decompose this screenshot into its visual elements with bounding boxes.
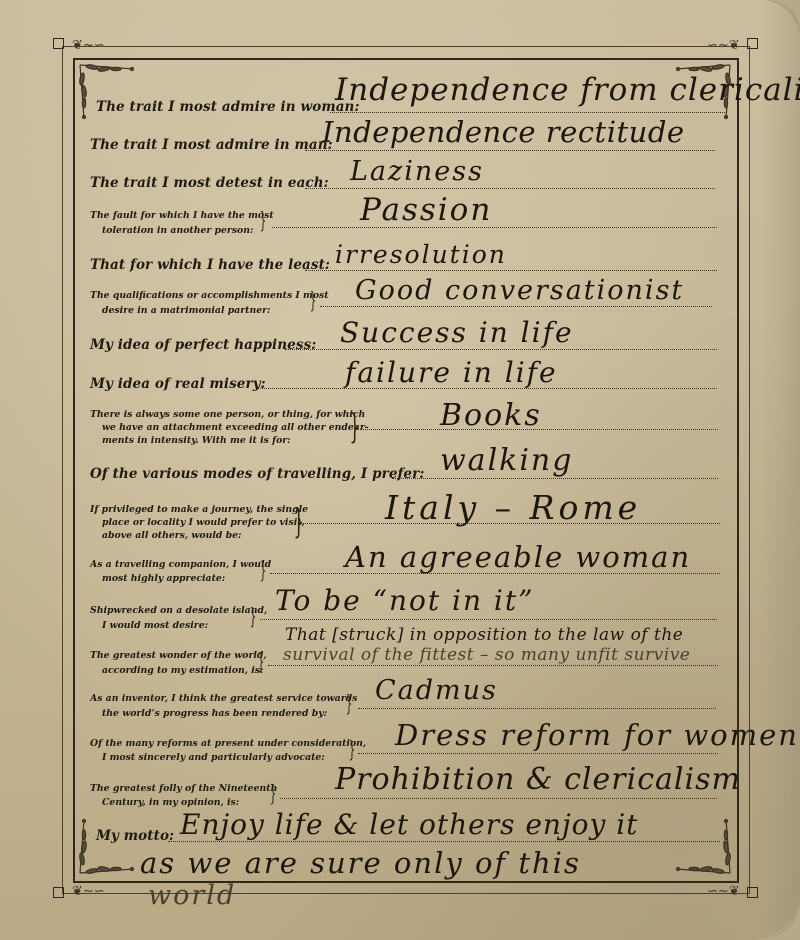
brace-icon: } xyxy=(346,694,353,716)
handwritten-answer: failure in life xyxy=(345,356,558,389)
prompt: The trait I most admire in man: xyxy=(90,137,333,153)
brace-icon: } xyxy=(258,652,265,674)
answer-line xyxy=(305,270,717,271)
leaf-sprig-icon xyxy=(674,817,734,877)
prompt: Of the various modes of travelling, I pr… xyxy=(90,466,424,482)
answer-line xyxy=(358,708,716,709)
scroll-flourish-icon: ❦~∽ xyxy=(72,885,105,898)
handwritten-answer: An agreeable woman xyxy=(345,540,691,574)
brace-icon: } xyxy=(349,410,360,444)
prompt-line: ments in intensity. With me it is for: xyxy=(102,434,291,449)
answer-line xyxy=(330,112,725,113)
scroll-flourish-icon: ∽~❦ xyxy=(707,885,740,898)
brace-icon: } xyxy=(260,561,267,583)
answer-line xyxy=(272,227,717,228)
brace-icon: } xyxy=(260,211,267,233)
brace-icon: } xyxy=(250,607,257,629)
handwritten-answer-line: as we are sure only of this xyxy=(140,846,581,880)
handwritten-answer: To be “not in it” xyxy=(275,584,534,617)
handwritten-answer: Good conversationist xyxy=(355,275,684,306)
prompt-line: The greatest folly of the Nineteenth xyxy=(90,782,277,797)
prompt-line: The greatest wonder of the world, xyxy=(90,649,267,664)
answer-line xyxy=(260,619,717,620)
handwritten-answer: Cadmus xyxy=(375,675,498,706)
handwritten-answer: Books xyxy=(440,398,542,433)
prompt-line: The fault for which I have the most xyxy=(90,209,274,224)
prompt-line: most highly appreciate: xyxy=(102,572,225,587)
prompt: My idea of perfect happiness: xyxy=(90,337,316,353)
answer-line xyxy=(358,753,718,754)
answer-line xyxy=(268,665,718,666)
handwritten-answer: Prohibition & clericalism xyxy=(335,762,741,797)
answer-line xyxy=(285,349,717,350)
handwritten-answer: Laziness xyxy=(350,156,484,187)
handwritten-answer: walking xyxy=(440,443,573,478)
corner-ornament-top-right xyxy=(747,38,758,49)
answer-line xyxy=(305,188,715,189)
brace-icon: } xyxy=(270,784,277,806)
answer-line xyxy=(168,841,720,842)
scroll-flourish-icon: ∽~❦ xyxy=(707,39,740,52)
corner-ornament-bottom-right xyxy=(747,887,758,898)
handwritten-answer: Passion xyxy=(360,192,492,228)
prompt-line: the world’s progress has been rendered b… xyxy=(102,707,327,722)
prompt: My idea of real misery: xyxy=(90,376,266,392)
prompt-line: I would most desire: xyxy=(102,619,208,634)
handwritten-answer: Dress reform for women xyxy=(395,718,799,752)
handwritten-answer: Independence rectitude xyxy=(322,115,685,149)
prompt-line: above all others, would be: xyxy=(102,529,241,544)
handwritten-answer: Independence from clericalisme xyxy=(335,72,800,108)
prompt-line: As a travelling companion, I would xyxy=(90,558,271,573)
handwritten-answer: Success in life xyxy=(340,316,574,349)
brace-icon: } xyxy=(349,740,356,762)
scroll-flourish-icon: ❦~∽ xyxy=(72,39,105,52)
answer-line xyxy=(280,798,717,799)
answer-line xyxy=(392,478,718,479)
handwritten-answer: irresolution xyxy=(335,240,507,269)
corner-ornament-bottom-left xyxy=(53,887,64,898)
prompt: The trait I most detest in each: xyxy=(90,175,329,191)
prompt-line: As an inventor, I think the greatest ser… xyxy=(90,692,357,707)
prompt: That for which I have the least: xyxy=(90,257,330,273)
answer-line xyxy=(305,150,715,151)
prompt-line: Of the many reforms at present under con… xyxy=(90,737,366,752)
brace-icon: } xyxy=(293,505,304,539)
prompt-line: toleration in another person: xyxy=(102,224,253,239)
handwritten-answer-line: world xyxy=(148,880,236,911)
prompt: The trait I most admire in woman: xyxy=(96,99,360,115)
handwritten-answer: Italy – Rome xyxy=(385,488,641,527)
prompt-line: according to my estimation, is: xyxy=(102,664,263,679)
prompt-line: desire in a matrimonial partner: xyxy=(102,304,270,319)
leaf-sprig-icon xyxy=(76,817,136,877)
prompt-line: The qualifications or accomplishments I … xyxy=(90,289,329,304)
handwritten-answer-line: Enjoy life & let others enjoy it xyxy=(180,808,638,841)
prompt: My motto: xyxy=(96,828,174,844)
prompt-line: I most sincerely and particularly advoca… xyxy=(102,751,325,766)
handwritten-answer-line: That [struck] in opposition to the law o… xyxy=(285,625,683,645)
corner-ornament-top-left xyxy=(53,38,64,49)
prompt-line: Shipwrecked on a desolate island, xyxy=(90,604,267,619)
handwritten-answer-line: survival of the fittest – so many unfit … xyxy=(283,645,690,665)
answer-line xyxy=(320,306,712,307)
brace-icon: } xyxy=(310,291,317,313)
